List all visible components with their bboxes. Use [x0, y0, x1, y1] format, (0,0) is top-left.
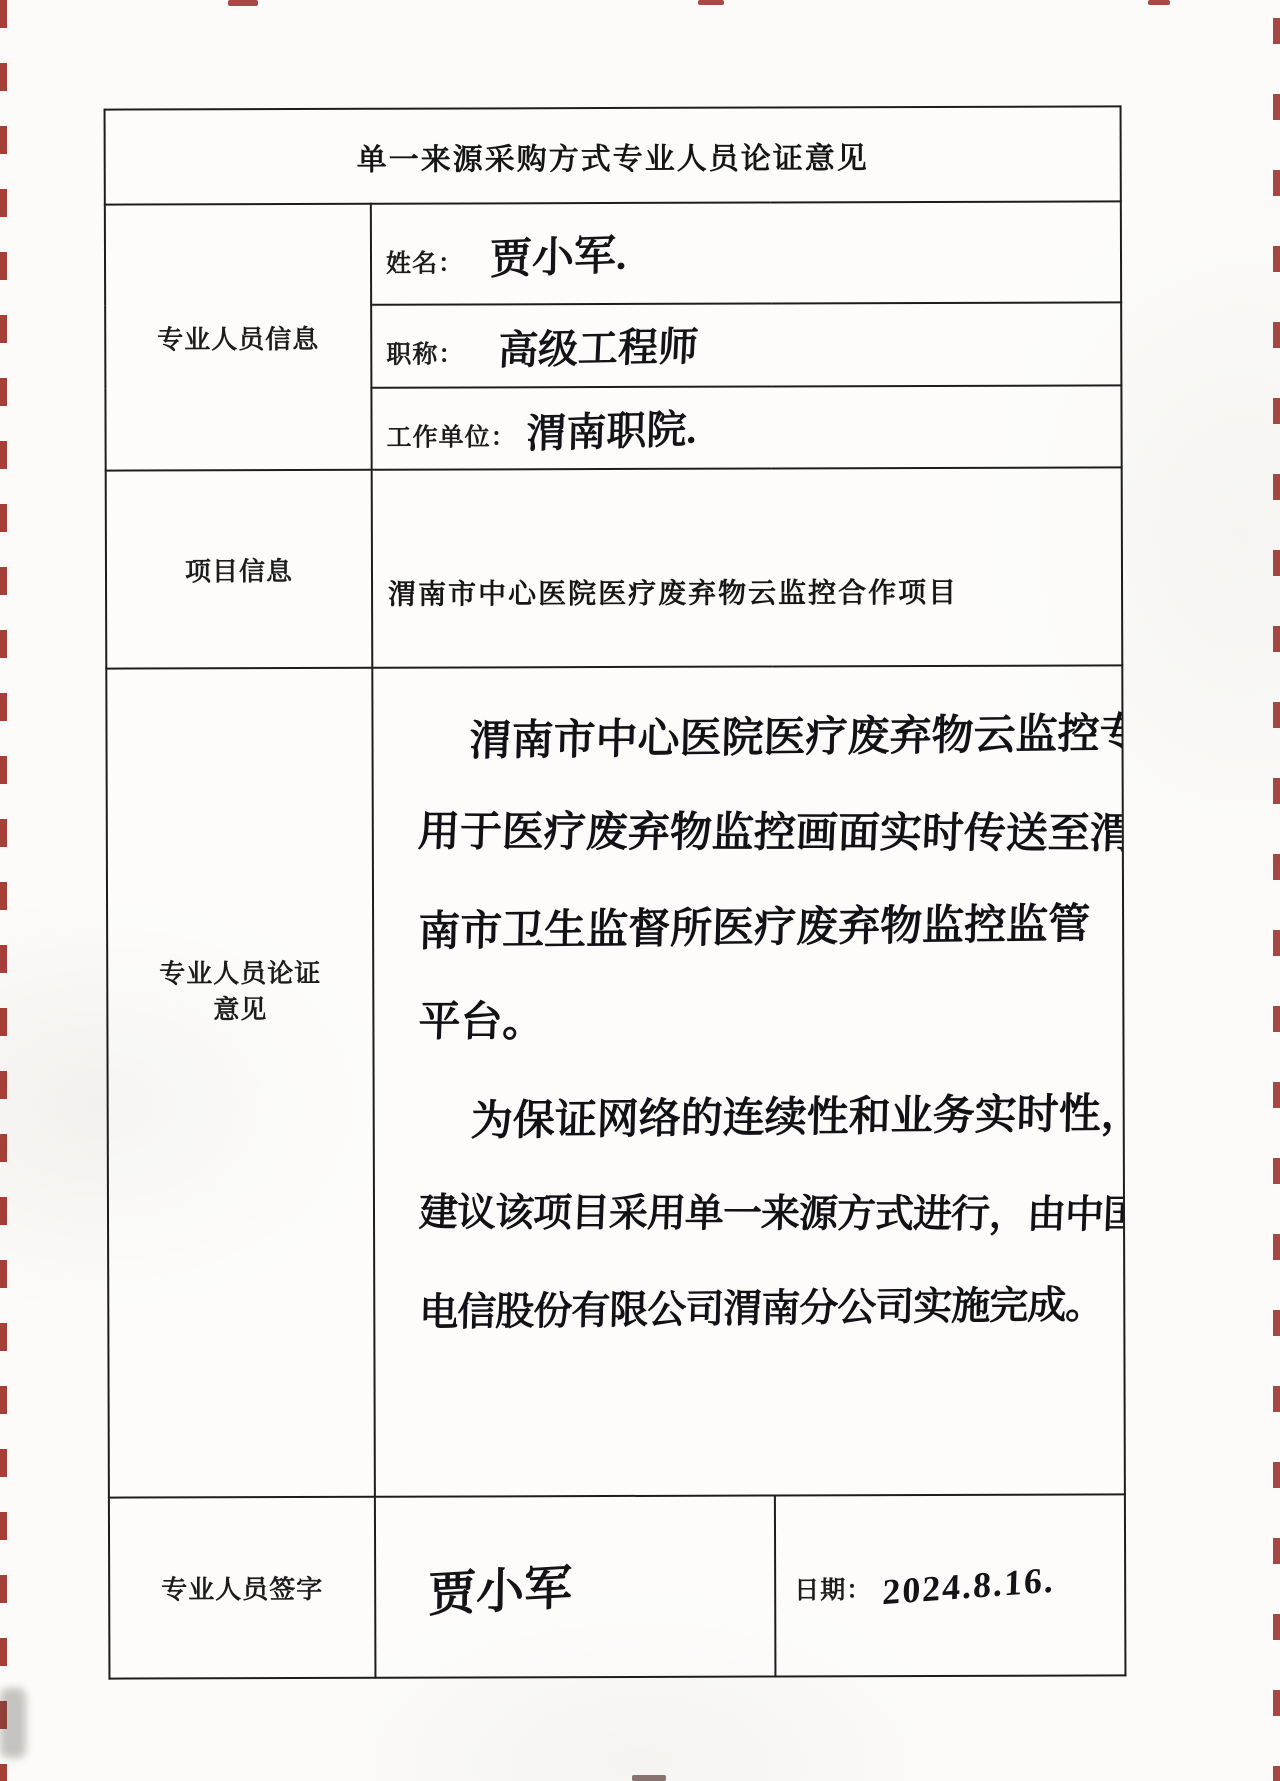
- date-cell: 日期：2024.8.16.: [775, 1494, 1126, 1676]
- date-handwritten-value: 2024.8.16.: [882, 1558, 1056, 1613]
- title-cell: 单一来源采购方式专业人员论证意见: [105, 106, 1121, 204]
- unit-label: 工作单位：: [387, 423, 517, 451]
- signature-section-label: 专业人员签字: [110, 1569, 374, 1607]
- opinion-section-label-line1: 专业人员论证: [108, 954, 372, 991]
- name-row: 专业人员信息 姓名：贾小军.: [105, 201, 1121, 305]
- name-handwritten-value: 贾小军.: [490, 221, 627, 286]
- opinion-line: 建议该项目采用单一来源方式进行，由中国: [417, 1165, 1119, 1262]
- scanned-document-page: 单一来源采购方式专业人员论证意见 专业人员信息 姓名：贾小军. 职称：高级工程师…: [0, 0, 1280, 1781]
- title-row: 单一来源采购方式专业人员论证意见: [105, 106, 1121, 204]
- date-label: 日期：: [794, 1576, 872, 1604]
- opinion-row: 专业人员论证 意见 渭南市中心医院医疗废弃物云监控专线 用于医疗废弃物监控画面实…: [106, 665, 1125, 1497]
- personnel-section-cell: 专业人员信息: [105, 204, 372, 471]
- opinion-line: 平台。: [417, 975, 1119, 1072]
- opinion-section-label: 专业人员论证 意见: [108, 954, 372, 1027]
- personnel-section-label: 专业人员信息: [106, 318, 370, 356]
- scan-edge-mark-top: [1148, 0, 1170, 5]
- opinion-line: 用于医疗废弃物监控画面实时传送至渭: [416, 785, 1118, 882]
- scan-edge-marks-right: [1273, 0, 1280, 1781]
- signature-section-cell: 专业人员签字: [109, 1497, 376, 1679]
- scan-corner-smudge: [0, 1688, 26, 1758]
- opinion-section-label-line2: 意见: [108, 990, 372, 1027]
- signature-cell: 贾小军: [375, 1496, 776, 1678]
- jobtitle-handwritten-value: 高级工程师: [497, 315, 700, 376]
- name-cell: 姓名：贾小军.: [371, 201, 1121, 304]
- opinion-section-cell: 专业人员论证 意见: [106, 668, 375, 1498]
- unit-cell: 工作单位：渭南职院.: [371, 385, 1121, 469]
- name-label: 姓名：: [386, 249, 464, 277]
- opinion-line: 电信股份有限公司渭南分公司实施完成。: [418, 1257, 1118, 1360]
- project-value-cell: 渭南市中心医院医疗废弃物云监控合作项目: [372, 467, 1123, 667]
- jobtitle-cell: 职称：高级工程师: [371, 302, 1121, 387]
- signature-row: 专业人员签字 贾小军 日期：2024.8.16.: [109, 1494, 1126, 1678]
- opinion-line: 渭南市中心医院医疗废弃物云监控专线: [416, 687, 1116, 790]
- unit-handwritten-value: 渭南职院.: [526, 397, 697, 459]
- scan-edge-marks-left: [0, 0, 7, 1781]
- opinion-content-cell: 渭南市中心医院医疗废弃物云监控专线 用于医疗废弃物监控画面实时传送至渭 南市卫生…: [372, 665, 1125, 1496]
- scan-edge-mark-top: [698, 0, 724, 5]
- jobtitle-label: 职称：: [386, 340, 464, 368]
- project-name-text: 渭南市中心医院医疗废弃物云监控合作项目: [373, 570, 1121, 612]
- signature-handwritten: 贾小军: [428, 1548, 573, 1625]
- opinion-line: 南市卫生监督所医疗废弃物监控监管: [417, 877, 1117, 980]
- opinion-handwritten-text: 渭南市中心医院医疗废弃物云监控专线 用于医疗废弃物监控画面实时传送至渭 南市卫生…: [373, 666, 1123, 1357]
- project-section-cell: 项目信息: [106, 470, 373, 669]
- form-table: 单一来源采购方式专业人员论证意见 专业人员信息 姓名：贾小军. 职称：高级工程师…: [104, 105, 1127, 1679]
- opinion-line: 为保证网络的连续性和业务实时性，: [418, 1067, 1118, 1170]
- form-title: 单一来源采购方式专业人员论证意见: [357, 142, 869, 177]
- scan-edge-mark-top: [228, 0, 258, 6]
- project-row: 项目信息 渭南市中心医院医疗废弃物云监控合作项目: [106, 467, 1123, 668]
- project-section-label: 项目信息: [107, 550, 371, 588]
- scan-edge-mark-bottom: [632, 1775, 666, 1781]
